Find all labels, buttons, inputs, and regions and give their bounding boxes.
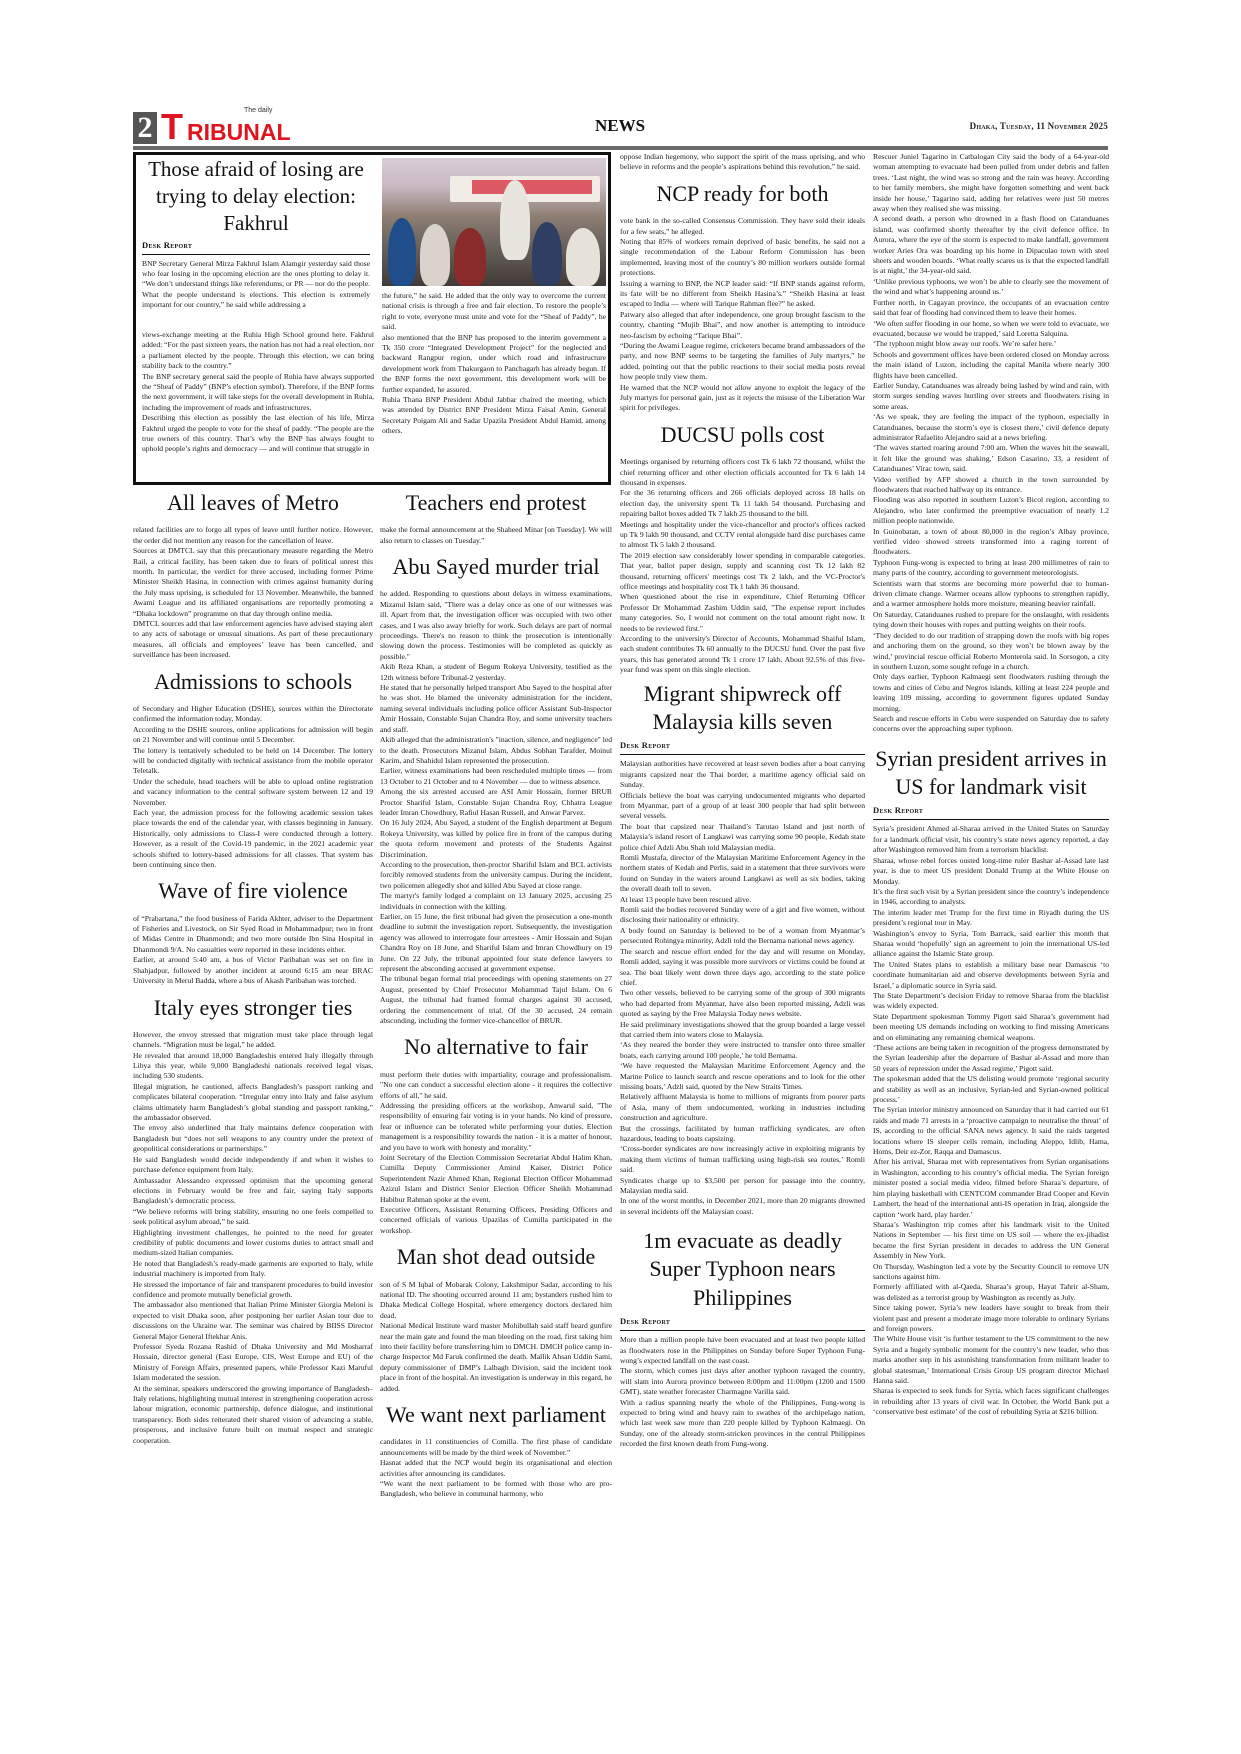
story-paragraph: Only days earlier, Typhoon Kalmaegi sent… [873,672,1109,714]
story-paragraph: After his arrival, Sharaa met with repre… [873,1157,1109,1219]
story-paragraph: Earlier Sunday, Catanduanes was already … [873,381,1109,412]
story-headline: Wave of fire violence [133,878,373,903]
story-paragraph: Patwary also alleged that after independ… [620,310,865,341]
story-paragraph: Syndicates charge up to $3,500 per perso… [620,1176,865,1197]
lead-paragraph: the future,” he said. He added that the … [382,291,606,333]
story-paragraph: The boat that capsized near Thailand’s T… [620,822,865,853]
story-paragraph: Romli Mustafa, director of the Malaysian… [620,853,865,895]
crowd-figure [388,218,416,286]
story-paragraph: At least 13 people have been rescued ali… [620,895,865,905]
story-paragraph: According to the prosecution, then-proct… [380,860,612,891]
story-headline: Admissions to schools [133,669,373,694]
story-headline: 1m evacuate as deadly Super Typhoon near… [620,1227,865,1311]
story-paragraph: Among the six arrested accused are ASI A… [380,787,612,818]
story-headline: Syrian president arrives in US for landm… [873,745,1109,801]
story-paragraph: Schools and government offices have been… [873,350,1109,381]
story-admissions: Admissions to schools of Secondary and H… [133,669,373,871]
story-paragraph: In one of the worst months, in December … [620,1196,865,1217]
story-byline: Desk Report [873,805,1109,820]
story-paragraph: The tribunal began formal trial proceedi… [380,974,612,1026]
story-headline: Man shot dead outside [380,1244,612,1269]
story-paragraph: Further north, in Cagayan province, the … [873,298,1109,319]
story-paragraph: Hasnat added that the NCP would begin it… [380,1458,612,1479]
masthead-rule [133,146,1108,150]
story-paragraph: ‘We often suffer flooding in our home, s… [873,319,1109,340]
story-paragraph: The interim leader met Trump for the fir… [873,908,1109,929]
story-paragraph: ‘These actions are being taken in recogn… [873,1043,1109,1074]
story-migrant-shipwreck: Migrant shipwreck off Malaysia kills sev… [620,680,865,1218]
story-fair-election: No alternative to fair must perform thei… [380,1034,612,1236]
story-paragraph: Scientists warn that storms are becoming… [873,579,1109,610]
story-headline: We want next parliament [380,1402,612,1427]
story-paragraph: Two other vessels, believed to be carryi… [620,988,865,1019]
story-paragraph: ‘The waves started roaring around 7:00 a… [873,443,1109,474]
story-paragraph: Formerly affiliated with al-Qaeda, Shara… [873,1282,1109,1303]
story-italy: Italy eyes stronger ties However, the en… [133,995,373,1447]
story-headline: NCP ready for both [620,181,865,206]
story-paragraph: ‘We have requested the Malaysian Maritim… [620,1061,865,1092]
story-paragraph: of Secondary and Higher Education (DSHE)… [133,704,373,725]
story-paragraph: Sharaa is expected to seek funds for Syr… [873,1386,1109,1417]
page-number: 2 [133,112,157,144]
story-teachers: Teachers end protest make the formal ann… [380,490,612,546]
story-paragraph: Under the schedule, head teachers will b… [133,777,373,808]
story-paragraph: The spokesman added that the US delistin… [873,1074,1109,1105]
story-paragraph: must perform their duties with impartial… [380,1070,612,1101]
story-paragraph: Syria’s president Ahmed al-Sharaa arrive… [873,824,1109,855]
story-paragraph: candidates in 11 constituencies of Comil… [380,1437,612,1458]
column-2: Teachers end protest make the formal ann… [380,490,612,1500]
story-paragraph: At the seminar, speakers underscored the… [133,1384,373,1446]
story-paragraph: The envoy also underlined that Italy mai… [133,1123,373,1154]
story-paragraph: On Saturday, Catanduanes rushed to prepa… [873,610,1109,631]
story-paragraph: For the 36 returning officers and 266 of… [620,488,865,519]
story-paragraph: Meetings and hospitality under the vice-… [620,520,865,551]
story-paragraph: Malaysian authorities have recovered at … [620,759,865,790]
story-byline: Desk Report [620,740,865,755]
story-paragraph: Washington’s envoy to Syria, Tom Barrack… [873,929,1109,960]
column-4: Rescuer Juniel Tagarino in Catbalogan Ci… [873,152,1109,1418]
story-paragraph: Relatively affluent Malaysia is home to … [620,1092,865,1123]
story-paragraph: Earlier, at around 5:40 am, a bus of Vic… [133,955,373,986]
story-paragraph: Sharaa, whose rebel forces ousted long-t… [873,856,1109,887]
story-paragraph: Sharaa’s Washington trip comes after his… [873,1220,1109,1262]
story-paragraph: According to the DSHE sources, online ap… [133,725,373,746]
story-paragraph: Sources at DMTCL say that this precautio… [133,546,373,619]
story-paragraph: Earlier, on 15 June, the first tribunal … [380,912,612,974]
story-paragraph: Search and rescue efforts in Cebu were s… [873,714,1109,735]
story-paragraph: Earlier, witness examinations had been r… [380,766,612,787]
story-ducsu: DUCSU polls cost Meetings organised by r… [620,422,865,676]
story-paragraph: He stated that he personally helped tran… [380,683,612,735]
story-paragraph: The lottery is tentatively scheduled to … [133,746,373,777]
story-paragraph: “We want the next parliament to be forme… [380,1479,612,1500]
story-paragraph: Video verified by AFP showed a church in… [873,475,1109,496]
story-abu-sayed: Abu Sayed murder trial he added. Respond… [380,554,612,1026]
story-paragraph: The State Department’s decision Friday t… [873,991,1109,1012]
lead-paragraph: also mentioned that the BNP has proposed… [382,333,606,395]
lead-paragraph: The BNP secretary general said the peopl… [142,372,374,414]
masthead: 2 The daily T RIBUNAL NEWS Dhaka, Tuesda… [133,108,1108,146]
story-paragraph: Highlighting investment challenges, he p… [133,1228,373,1259]
column-1: All leaves of Metro related facilities a… [133,490,373,1446]
story-paragraph: oppose Indian hegemony, who support the … [620,152,865,173]
story-headline: All leaves of Metro [133,490,373,515]
story-paragraph: According to the university's Director o… [620,634,865,676]
story-fire: Wave of fire violence of “Prabartana,” t… [133,878,373,986]
story-paragraph: He warned that the NCP would not allow a… [620,383,865,414]
story-paragraph: Typhoon Fung-wong is expected to bring a… [873,558,1109,579]
story-paragraph: Akib alleged that the administration's "… [380,735,612,766]
story-paragraph: ‘The typhoon might blow away our roofs. … [873,339,1109,349]
lead-story: Those afraid of losing are trying to del… [133,152,611,485]
story-paragraph: The search and rescue effort ended for t… [620,947,865,989]
story-headline: No alternative to fair [380,1034,612,1059]
story-paragraph: ‘As we speak, they are feeling the impac… [873,412,1109,443]
story-metro: All leaves of Metro related facilities a… [133,490,373,661]
story-paragraph: of “Prabartana,” the food business of Fa… [133,914,373,956]
story-paragraph: A body found on Saturday is believed to … [620,926,865,947]
story-typhoon: 1m evacuate as deadly Super Typhoon near… [620,1227,865,1449]
story-paragraph: The White House visit ‘is further testam… [873,1334,1109,1386]
story-paragraph: He stressed the importance of fair and t… [133,1280,373,1301]
lead-paragraph: views-exchange meeting at the Ruhia High… [142,330,374,372]
story-headline: Migrant shipwreck off Malaysia kills sev… [620,680,865,736]
story-paragraph: He said preliminary investigations showe… [620,1020,865,1041]
story-paragraph: “During the Awami League regime, cricket… [620,341,865,383]
story-paragraph: The martyr's family lodged a complaint o… [380,891,612,912]
story-paragraph: vote bank in the so-called Consensus Com… [620,216,865,237]
lead-headline: Those afraid of losing are trying to del… [142,156,370,237]
photo-banner-text [472,180,592,194]
story-paragraph: State Department spokesman Tommy Pigott … [873,1012,1109,1043]
story-paragraph: Joint Secretary of the Election Commissi… [380,1153,612,1205]
story-man-shot: Man shot dead outside son of S M Iqbal o… [380,1244,612,1394]
story-paragraph: The United States plans to establish a m… [873,960,1109,991]
logo-initial: T [161,110,182,144]
story-byline: Desk Report [620,1316,865,1331]
story-paragraph: “We believe reforms will bring stability… [133,1207,373,1228]
story-headline: Teachers end protest [380,490,612,515]
story-paragraph: Addressing the presiding officers at the… [380,1101,612,1153]
story-paragraph: Illegal migration, he cautioned, affects… [133,1082,373,1124]
story-paragraph: He revealed that around 18,000 Banglades… [133,1051,373,1082]
story-paragraph: Noting that 85% of workers remain depriv… [620,237,865,279]
story-headline: Abu Sayed murder trial [380,554,612,579]
photo-bnp-rally [382,158,606,286]
story-paragraph: On Thursday, Washington led a vote by th… [873,1262,1109,1283]
story-paragraph: ‘Cross-border syndicates are now increas… [620,1144,865,1175]
story-paragraph: ‘Unlike previous typhoons, we won’t be a… [873,277,1109,298]
story-paragraph: National Medical Institute ward master M… [380,1321,612,1394]
lead-paragraph: Ruhia Thana BNP President Abdul Jabbar c… [382,395,606,437]
story-ncp: NCP ready for both vote bank in the so-c… [620,181,865,414]
crowd-figure [420,224,450,286]
story-paragraph: Professor Syeda Rozana Rashid of Dhaka U… [133,1342,373,1384]
story-paragraph: Akib Reza Khan, a student of Begum Rokey… [380,662,612,683]
story-paragraph: A second death, a person who drowned in … [873,214,1109,276]
logo-wordmark: RIBUNAL [187,120,291,144]
story-paragraph: Flooding was also reported in southern L… [873,495,1109,526]
story-paragraph: Issuing a warning to BNP, the NCP leader… [620,279,865,310]
story-paragraph: It’s the first such visit by a Syrian pr… [873,887,1109,908]
speaker-figure [500,180,530,260]
story-paragraph: The ambassador also mentioned that Itali… [133,1300,373,1342]
story-paragraph: ‘As they neared the border they were ins… [620,1040,865,1061]
dateline: Dhaka, Tuesday, 11 November 2025 [970,121,1108,131]
story-paragraph: related facilities are to forgo all type… [133,525,373,546]
story-paragraph: Officials believe the boat was carrying … [620,791,865,822]
logo-tagline: The daily [244,107,272,114]
story-paragraph: When questioned about the rise in expend… [620,592,865,634]
story-syria: Syrian president arrives in US for landm… [873,745,1109,1418]
story-paragraph: Meetings organised by returning officers… [620,457,865,488]
crowd-figure [532,222,562,286]
story-headline: Italy eyes stronger ties [133,995,373,1020]
lead-paragraph: Describing this election as possibly the… [142,413,374,455]
story-paragraph: He noted that Bangladesh’s ready-made ga… [133,1259,373,1280]
story-paragraph: he added. Responding to questions about … [380,589,612,662]
story-paragraph: son of S M Iqbal of Mobarak Colony, Laks… [380,1280,612,1322]
story-parliament: We want next parliament candidates in 11… [380,1402,612,1500]
story-paragraph: Each year, the admission process for the… [133,808,373,870]
section-title: NEWS [595,116,645,136]
story-paragraph: On 16 July 2024, Abu Sayed, a student of… [380,818,612,860]
story-paragraph: The storm, which comes just days after a… [620,1366,865,1397]
story-paragraph: Rescuer Juniel Tagarino in Catbalogan Ci… [873,152,1109,214]
story-paragraph: DMTCL sources add that law enforcement a… [133,619,373,661]
story-paragraph: The 2019 election saw considerably lower… [620,551,865,593]
story-paragraph: Ambassador Alessandro expressed optimism… [133,1176,373,1207]
story-paragraph: Since taking power, Syria’s new leaders … [873,1303,1109,1334]
lead-paragraph: BNP Secretary General Mirza Fakhrul Isla… [142,259,370,311]
column-3: oppose Indian hegemony, who support the … [620,152,865,1450]
story-paragraph: However, the envoy stressed that migrati… [133,1030,373,1051]
story-paragraph: The Syrian interior ministry announced o… [873,1105,1109,1157]
story-paragraph: Executive Officers, Assistant Returning … [380,1205,612,1236]
story-paragraph: ‘They decided to do our tradition of str… [873,631,1109,673]
story-paragraph: More than a million people have been eva… [620,1335,865,1366]
story-paragraph: In Guinobatan, a town of about 80,000 in… [873,527,1109,558]
story-paragraph: Romli said the bodies recovered Sunday w… [620,905,865,926]
story-paragraph: But the crossings, facilitated by human … [620,1124,865,1145]
crowd-figure [566,228,600,286]
story-paragraph: With a radius spanning nearly the whole … [620,1398,865,1450]
story-typhoon-continued: Rescuer Juniel Tagarino in Catbalogan Ci… [873,152,1109,735]
story-paragraph: He said Bangladesh would decide independ… [133,1155,373,1176]
lead-byline: Desk Report [142,240,370,255]
story-headline: DUCSU polls cost [620,422,865,447]
story-paragraph: make the formal announcement at the Shah… [380,525,612,546]
crowd-figure [454,228,486,286]
